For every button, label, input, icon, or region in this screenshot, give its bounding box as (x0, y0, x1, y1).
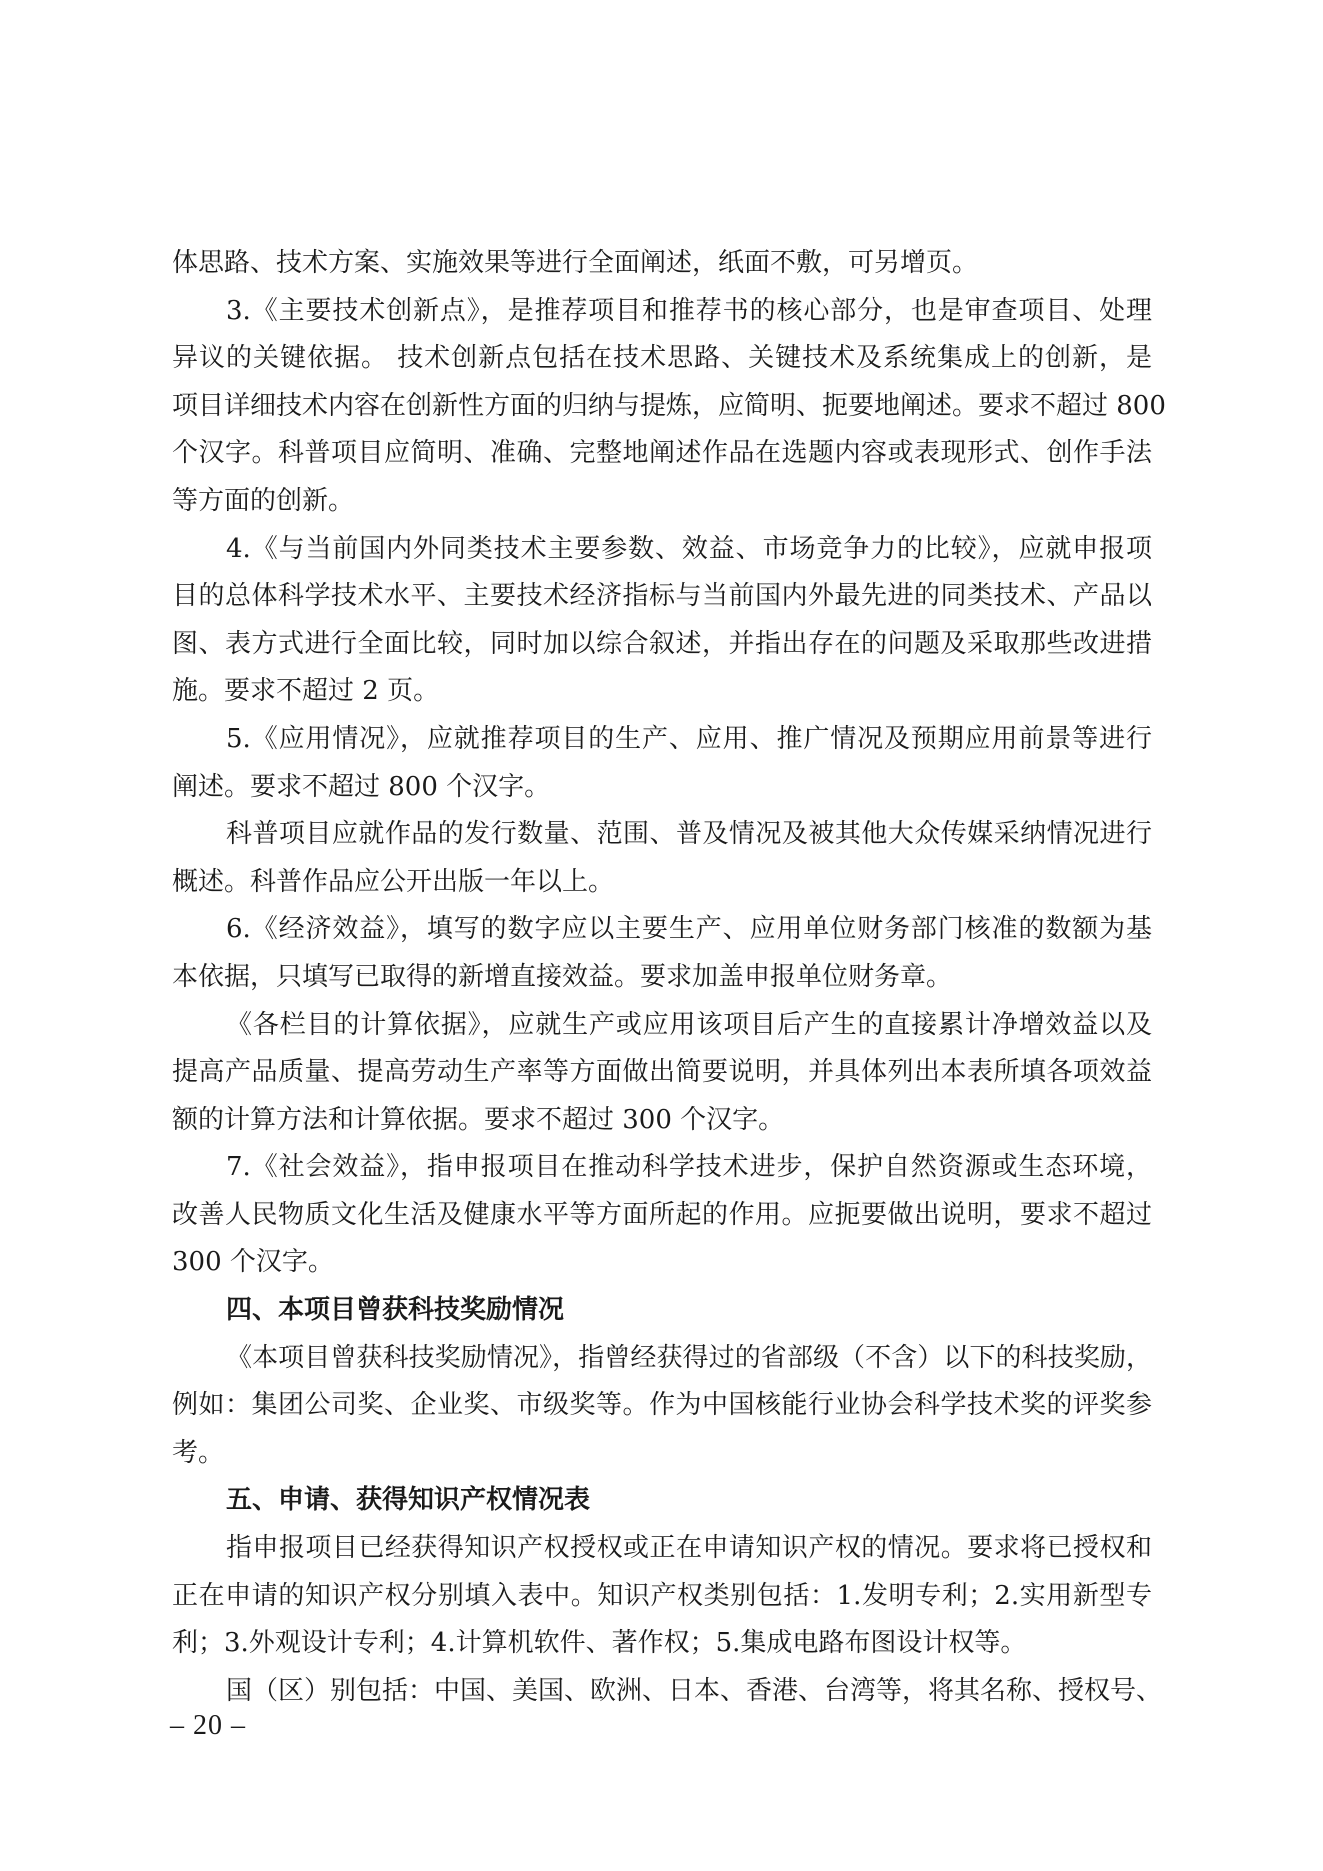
paragraph-line: 6.《经济效益》，填写的数字应以主要生产、应用单位财务部门核准的数额为基 (172, 906, 1152, 954)
paragraph-line: 目的总体科学技术水平、主要技术经济指标与当前国内外最先进的同类技术、产品以 (172, 573, 1152, 621)
section-heading-ip: 五、申请、获得知识产权情况表 (172, 1477, 1152, 1525)
paragraph-line: 项目详细技术内容在创新性方面的归纳与提炼，应简明、扼要地阐述。要求不超过 800 (172, 383, 1152, 431)
page-number: – 20 – (170, 1710, 246, 1742)
paragraph-line: 考。 (172, 1430, 1152, 1478)
paragraph-line: 科普项目应就作品的发行数量、范围、普及情况及被其他大众传媒采纳情况进行 (172, 811, 1152, 859)
section-heading-awards: 四、本项目曾获科技奖励情况 (172, 1287, 1152, 1335)
document-body: 体思路、技术方案、实施效果等进行全面阐述，纸面不敷，可另增页。 3.《主要技术创… (172, 240, 1152, 1715)
paragraph-line: 7.《社会效益》，指申报项目在推动科学技术进步，保护自然资源或生态环境， (172, 1144, 1152, 1192)
paragraph-line: 《本项目曾获科技奖励情况》，指曾经获得过的省部级（不含）以下的科技奖励， (172, 1335, 1152, 1383)
paragraph-line: 额的计算方法和计算依据。要求不超过 300 个汉字。 (172, 1097, 1152, 1145)
paragraph-line: 300 个汉字。 (172, 1239, 1152, 1287)
paragraph-line: 概述。科普作品应公开出版一年以上。 (172, 859, 1152, 907)
paragraph-line: 个汉字。科普项目应简明、准确、完整地阐述作品在选题内容或表现形式、创作手法 (172, 430, 1152, 478)
paragraph-line: 例如：集团公司奖、企业奖、市级奖等。作为中国核能行业协会科学技术奖的评奖参 (172, 1382, 1152, 1430)
paragraph-line: 3.《主要技术创新点》，是推荐项目和推荐书的核心部分，也是审查项目、处理 (172, 288, 1152, 336)
paragraph-line: 异议的关键依据。 技术创新点包括在技术思路、关键技术及系统集成上的创新，是 (172, 335, 1152, 383)
paragraph-line: 图、表方式进行全面比较，同时加以综合叙述，并指出存在的问题及采取那些改进措 (172, 621, 1152, 669)
paragraph-line: 利；3.外观设计专利；4.计算机软件、著作权；5.集成电路布图设计权等。 (172, 1620, 1152, 1668)
paragraph-line: 5.《应用情况》，应就推荐项目的生产、应用、推广情况及预期应用前景等进行 (172, 716, 1152, 764)
paragraph-line: 改善人民物质文化生活及健康水平等方面所起的作用。应扼要做出说明，要求不超过 (172, 1192, 1152, 1240)
paragraph-line: 本依据，只填写已取得的新增直接效益。要求加盖申报单位财务章。 (172, 954, 1152, 1002)
paragraph-line: 等方面的创新。 (172, 478, 1152, 526)
paragraph-line: 指申报项目已经获得知识产权授权或正在申请知识产权的情况。要求将已授权和 (172, 1525, 1152, 1573)
paragraph-line: 提高产品质量、提高劳动生产率等方面做出简要说明，并具体列出本表所填各项效益 (172, 1049, 1152, 1097)
paragraph-line: 正在申请的知识产权分别填入表中。知识产权类别包括：1.发明专利；2.实用新型专 (172, 1573, 1152, 1621)
paragraph-line: 阐述。要求不超过 800 个汉字。 (172, 764, 1152, 812)
paragraph-line: 施。要求不超过 2 页。 (172, 668, 1152, 716)
paragraph-line: 4.《与当前国内外同类技术主要参数、效益、市场竞争力的比较》，应就申报项 (172, 526, 1152, 574)
paragraph-line: 国（区）别包括：中国、美国、欧洲、日本、香港、台湾等，将其名称、授权号、 (172, 1668, 1152, 1716)
paragraph-line: 体思路、技术方案、实施效果等进行全面阐述，纸面不敷，可另增页。 (172, 240, 1152, 288)
paragraph-line: 《各栏目的计算依据》，应就生产或应用该项目后产生的直接累计净增效益以及 (172, 1002, 1152, 1050)
